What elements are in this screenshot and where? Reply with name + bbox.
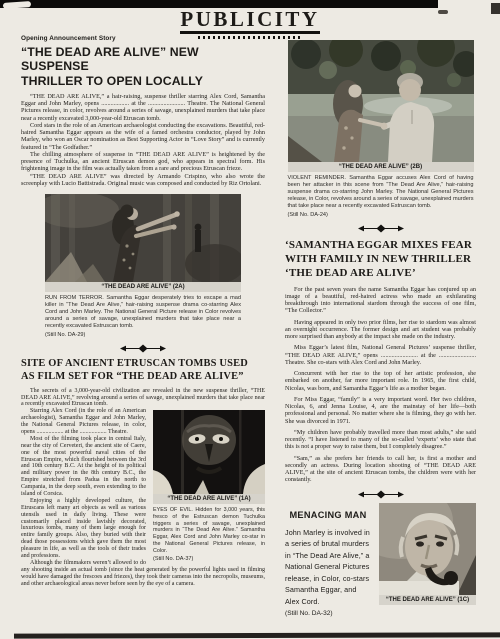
- still-number: (Still No. DA-37): [153, 556, 265, 562]
- figure-menacing-man: “THE DEAD ARE ALIVE” (1C): [379, 503, 476, 618]
- article-opening-headline: “THE DEAD ARE ALIVE” NEW SUSPENSE THRILL…: [21, 45, 265, 88]
- photo-strip-caption: “THE DEAD ARE ALIVE” (2B): [288, 162, 474, 172]
- article-eggar-body: For the past seven years the name Samant…: [285, 286, 476, 484]
- paragraph: The secrets of a 3,000-year-old civiliza…: [21, 388, 265, 409]
- right-column: “THE DEAD ARE ALIVE” (2B) VIOLENT REMIND…: [285, 40, 476, 617]
- paragraph: “Sam,” as she prefers her friends to cal…: [285, 455, 476, 484]
- paragraph: “THE DEAD ARE ALIVE,” a hair-raising, su…: [21, 93, 265, 122]
- photo-menacing-man: [379, 503, 476, 595]
- headline-line: SITE OF ANCIENT ETRUSCAN TOMBS USED: [21, 357, 265, 371]
- menacing-man-body: John Marley is involved in a series of b…: [285, 527, 371, 608]
- page-title: PUBLICITY: [180, 9, 319, 34]
- scan-edge-bottom: [14, 632, 500, 638]
- paragraph: Having appeared in only two prior films,…: [285, 319, 476, 341]
- figure-run-from-terror: “THE DEAD ARE ALIVE” (2A) RUN FROM TERRO…: [45, 194, 241, 338]
- photo-eyes-of-evil: [153, 410, 265, 494]
- photo-caption: RUN FROM TERROR. Samantha Eggar desperat…: [45, 295, 241, 330]
- divider-arrow-icon: [120, 344, 166, 353]
- headline-line: “THE DEAD ARE ALIVE” NEW SUSPENSE: [21, 45, 265, 74]
- paragraph: “My children have probably travelled mor…: [285, 429, 476, 451]
- left-column: Opening Announcement Story “THE DEAD ARE…: [21, 35, 265, 587]
- figure-violent-reminder: “THE DEAD ARE ALIVE” (2B) VIOLENT REMIND…: [288, 40, 474, 218]
- still-number: (Still No. DA-32): [285, 610, 371, 617]
- photo-violent-reminder: [288, 40, 474, 162]
- divider-arrow-icon: [358, 224, 404, 233]
- headline-line: AS FILM SET FOR “THE DEAD ARE ALIVE”: [21, 370, 265, 384]
- paragraph: Miss Eggar’s latest film, National Gener…: [285, 344, 476, 366]
- photo-caption: EYES OF EVIL. Hidden for 3,000 years, th…: [153, 507, 265, 554]
- article-eggar-headline: ‘SAMANTHA EGGAR MIXES FEAR WITH FAMILY I…: [285, 238, 476, 281]
- menacing-man-section: MENACING MAN John Marley is involved in …: [285, 503, 476, 618]
- still-number: (Still No. DA-24): [288, 212, 474, 218]
- headline-line: ‘THE DEAD ARE ALIVE’: [285, 266, 476, 280]
- divider-arrow-icon: [358, 490, 404, 499]
- menacing-man-text: MENACING MAN John Marley is involved in …: [285, 503, 371, 618]
- paragraph: The chilling atmosphere of suspense in “…: [21, 151, 265, 173]
- figure-eyes-of-evil: “THE DEAD ARE ALIVE” (1A) EYES OF EVIL. …: [153, 410, 265, 562]
- paragraph: “THE DEAD ARE ALIVE” was directed by Arm…: [21, 173, 265, 188]
- paragraph: Concurrent with her rise to the top of h…: [285, 370, 476, 392]
- photo-run-from-terror: [45, 194, 241, 282]
- scan-notch: [3, 1, 31, 9]
- photo-strip-caption: “THE DEAD ARE ALIVE” (1A): [153, 494, 265, 504]
- article-etruscan-headline: SITE OF ANCIENT ETRUSCAN TOMBS USED AS F…: [21, 357, 265, 384]
- still-number: (Still No. DA-29): [45, 332, 241, 338]
- paragraph: Although the filmmakers weren’t allowed …: [21, 560, 265, 588]
- kicker: Opening Announcement Story: [21, 35, 265, 42]
- headline-line: THRILLER TO OPEN LOCALLY: [21, 74, 265, 88]
- paragraph: For Miss Eggar, “family” is a very impor…: [285, 396, 476, 425]
- article-etruscan-body: The secrets of a 3,000-year-old civiliza…: [21, 388, 265, 588]
- pressbook-page: PUBLICITY Opening Announcement Story “TH…: [0, 0, 500, 639]
- article-opening-body: “THE DEAD ARE ALIVE,” a hair-raising, su…: [21, 93, 265, 187]
- paragraph: Cord stars in the role of an American ar…: [21, 122, 265, 151]
- headline-line: WITH FAMILY IN NEW THRILLER: [285, 252, 476, 266]
- headline-line: ‘SAMANTHA EGGAR MIXES FEAR: [285, 238, 476, 252]
- photo-strip-caption: “THE DEAD ARE ALIVE” (2A): [45, 282, 241, 292]
- photo-caption: VIOLENT REMINDER. Samantha Eggar accuses…: [288, 175, 474, 210]
- paragraph: For the past seven years the name Samant…: [285, 286, 476, 315]
- photo-strip-caption: “THE DEAD ARE ALIVE” (1C): [379, 595, 476, 605]
- menacing-man-headline: MENACING MAN: [285, 510, 371, 520]
